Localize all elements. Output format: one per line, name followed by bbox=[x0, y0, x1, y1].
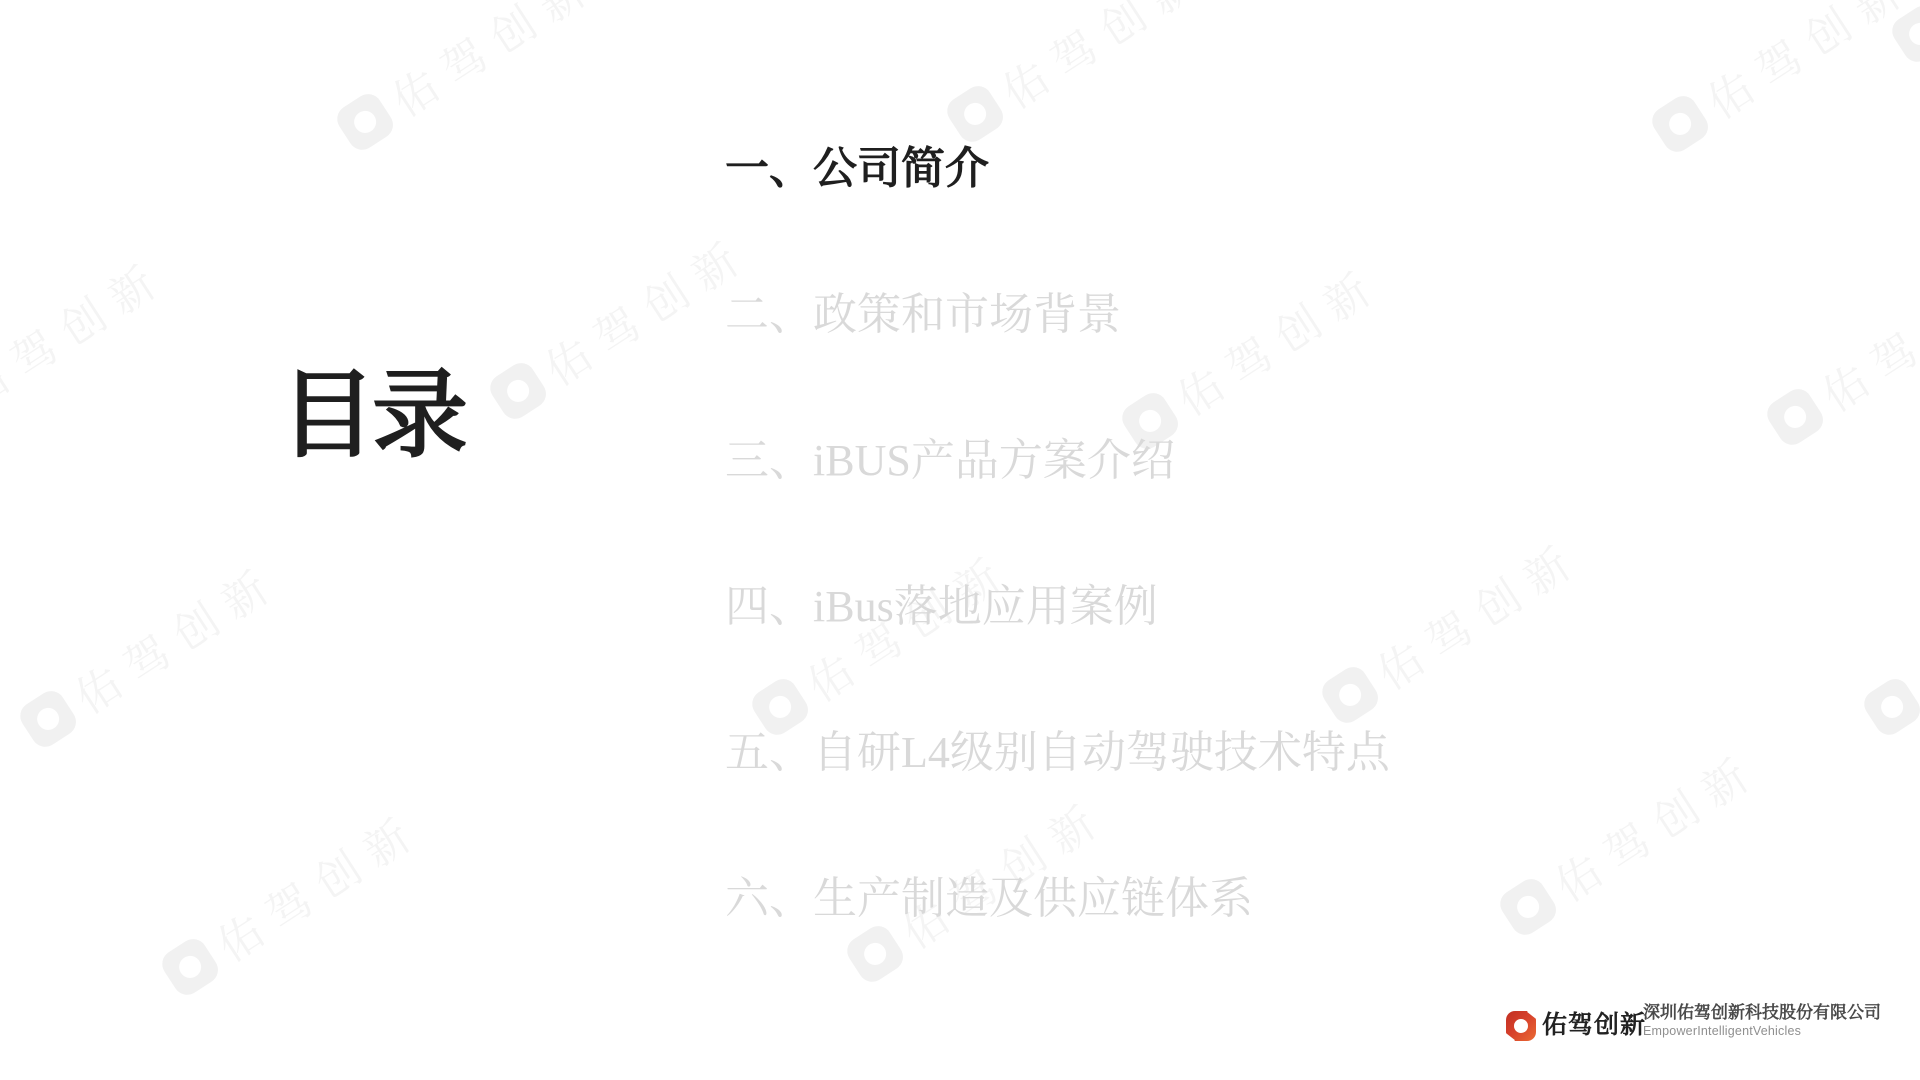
watermark: 佑驾创新 bbox=[481, 218, 761, 431]
brand-logo-icon bbox=[1506, 1011, 1536, 1041]
watermark-text: 佑驾创新 bbox=[1363, 522, 1592, 702]
watermark-text: 佑驾创新 bbox=[1693, 0, 1920, 131]
watermark: 佑驾创新 bbox=[1643, 0, 1920, 164]
watermark: 佑驾创新 bbox=[1855, 534, 1920, 747]
watermark: 佑驾创新 bbox=[1883, 0, 1920, 74]
page-title: 目录 bbox=[280, 368, 464, 464]
watermark-text: 佑驾创新 bbox=[378, 0, 607, 129]
toc-item-5: 五、自研L4级别自动驾驶技术特点 bbox=[725, 680, 1390, 826]
logo-notch-shape bbox=[1503, 1033, 1515, 1044]
watermark: 佑驾创新 bbox=[1491, 734, 1771, 947]
toc-item-label: 五、自研L4级别自动驾驶技术特点 bbox=[725, 731, 1390, 775]
watermark-logo-icon bbox=[485, 358, 551, 424]
watermark-text: 佑驾创新 bbox=[1541, 734, 1770, 914]
slide-canvas: 佑驾创新佑驾创新佑驾创新佑驾创新佑驾创新佑驾创新佑驾创新佑驾创新佑驾创新佑驾创新… bbox=[0, 0, 1920, 1080]
watermark: 佑驾创新 bbox=[11, 546, 291, 759]
watermark-logo-icon bbox=[1647, 91, 1713, 157]
logo-hole-shape bbox=[1514, 1019, 1528, 1033]
watermark: 佑驾创新 bbox=[153, 794, 433, 1007]
watermark-logo-icon bbox=[1859, 674, 1920, 740]
toc-item-label: 二、政策和市场背景 bbox=[725, 293, 1121, 337]
watermark-logo-icon bbox=[157, 934, 223, 1000]
toc-list: 一、公司简介 二、政策和市场背景 三、iBUS产品方案介绍 四、iBus落地应用… bbox=[725, 96, 1390, 972]
watermark-text: 佑驾创新 bbox=[203, 794, 432, 974]
watermark-text: 佑驾创新 bbox=[0, 241, 177, 421]
toc-item-1: 一、公司简介 bbox=[725, 96, 1390, 242]
toc-item-label: 一、公司简介 bbox=[725, 147, 989, 191]
watermark-logo-icon bbox=[1887, 1, 1920, 67]
watermark: 佑驾创新 bbox=[328, 0, 608, 162]
watermark-text: 佑驾创新 bbox=[61, 546, 290, 726]
toc-item-4: 四、iBus落地应用案例 bbox=[725, 534, 1390, 680]
toc-item-6: 六、生产制造及供应链体系 bbox=[725, 826, 1390, 972]
company-name: 深圳佑驾创新科技股份有限公司 bbox=[1643, 1003, 1881, 1022]
watermark: 佑驾创新 bbox=[1758, 244, 1920, 457]
watermark-logo-icon bbox=[15, 686, 81, 752]
company-tagline: EmpowerIntelligentVehicles bbox=[1643, 1024, 1881, 1038]
logo-notch-shape bbox=[1527, 1009, 1539, 1020]
watermark-logo-icon bbox=[1495, 874, 1561, 940]
toc-item-2: 二、政策和市场背景 bbox=[725, 242, 1390, 388]
watermark-logo-icon bbox=[332, 89, 398, 155]
watermark-text: 佑驾创新 bbox=[1808, 244, 1920, 424]
company-block: 深圳佑驾创新科技股份有限公司 EmpowerIntelligentVehicle… bbox=[1643, 1003, 1881, 1038]
watermark: 佑驾创新 bbox=[0, 241, 177, 454]
brand-name: 佑驾创新 bbox=[1542, 1010, 1646, 1040]
toc-item-label: 三、iBUS产品方案介绍 bbox=[725, 439, 1175, 483]
toc-item-3: 三、iBUS产品方案介绍 bbox=[725, 388, 1390, 534]
watermark-logo-icon bbox=[1762, 384, 1828, 450]
toc-item-label: 四、iBus落地应用案例 bbox=[725, 585, 1158, 629]
toc-item-label: 六、生产制造及供应链体系 bbox=[725, 877, 1253, 921]
watermark-text: 佑驾创新 bbox=[1905, 534, 1920, 714]
